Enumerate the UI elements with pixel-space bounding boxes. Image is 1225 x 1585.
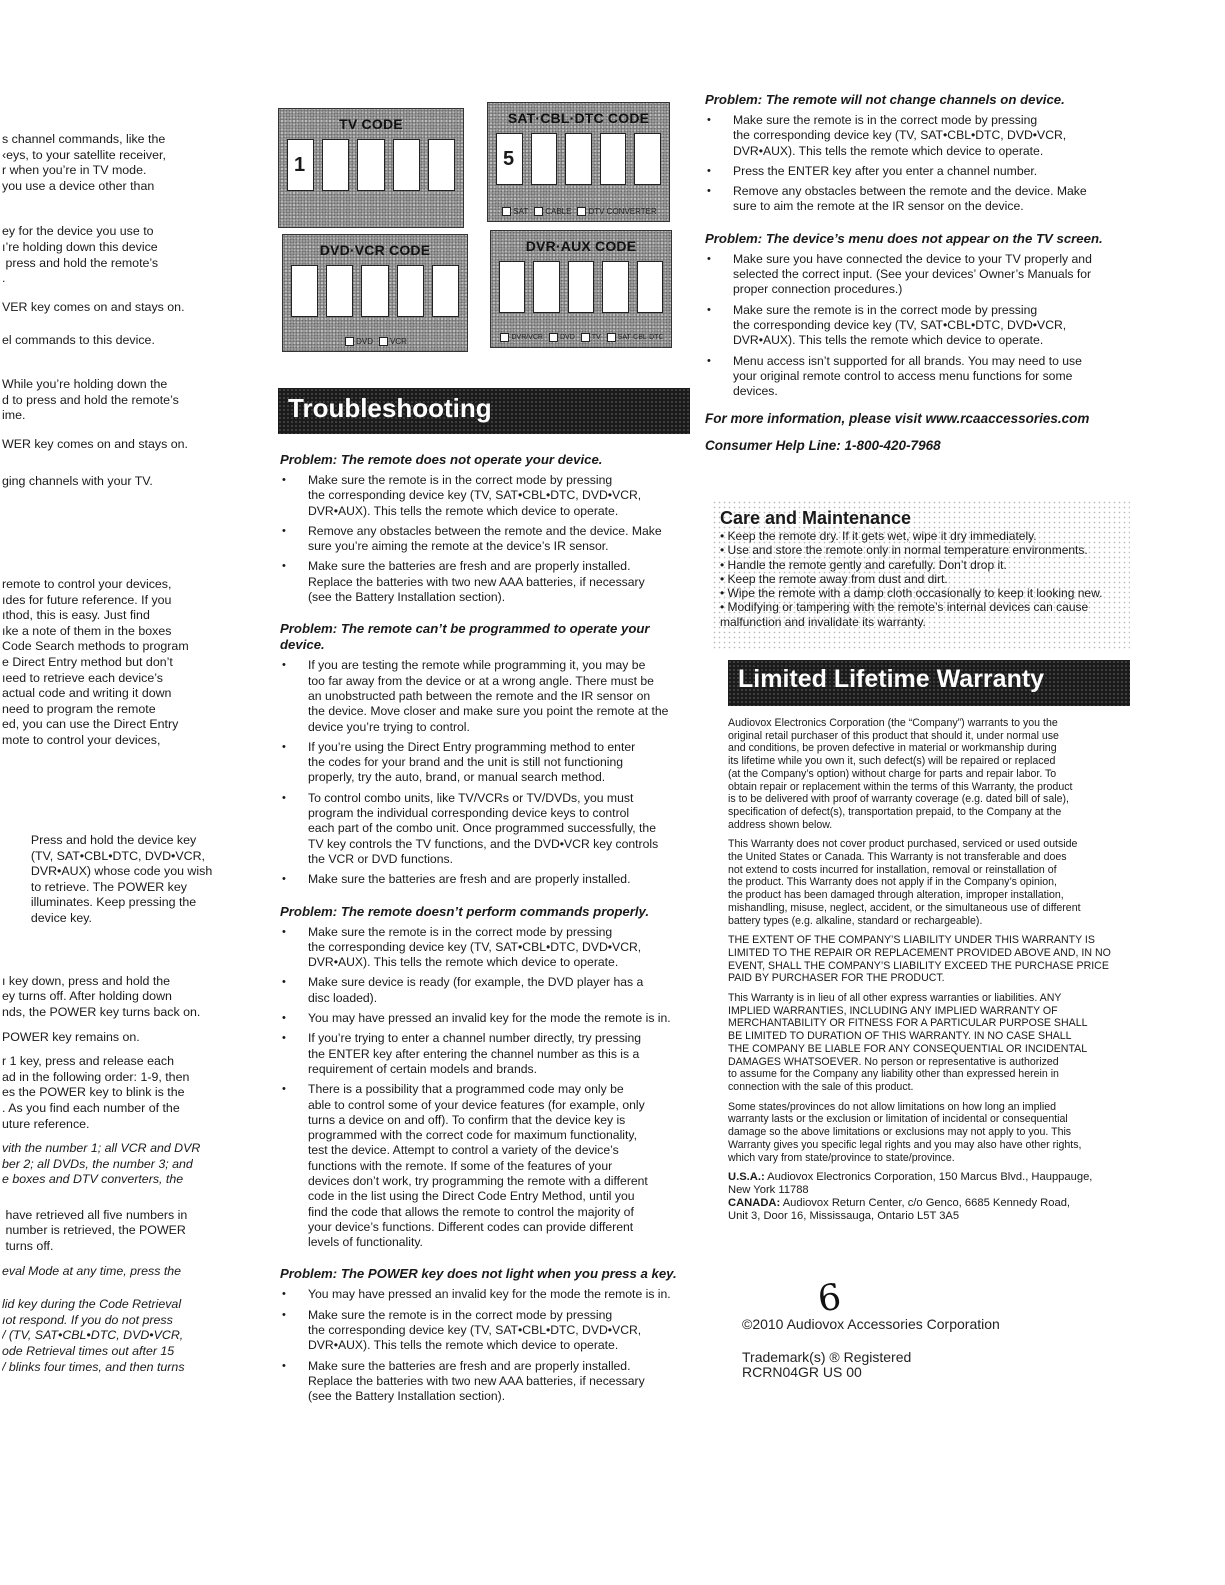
section-heading: Troubleshooting	[288, 393, 492, 424]
checkbox-dtv-converter[interactable]: DTV CONVERTER	[577, 207, 656, 216]
problem-bullet: There is a possibility that a programmed…	[280, 1082, 710, 1250]
problem-bullet: If you are testing the remote while prog…	[280, 658, 710, 734]
right-problems: Problem: The remote will not change chan…	[705, 92, 1125, 454]
usa-address: U.S.A.: Audiovox Electronics Corporation…	[728, 1171, 1128, 1197]
problem-item: Problem: The remote can’t be programmed …	[280, 621, 710, 887]
problem-bullet: Make sure the batteries are fresh and ar…	[280, 1359, 710, 1405]
dvd-vcr-code-box: DVD·VCR CODE DVD VCR	[282, 234, 468, 352]
text-block: VER key comes on and stays on.	[2, 300, 257, 316]
problem-title: Problem: The POWER key does not light wh…	[280, 1266, 710, 1282]
text-block: WER key comes on and stays on.	[2, 437, 257, 453]
care-item: Keep the remote away from dust and dirt.	[720, 572, 1130, 586]
problem-bullet: Make sure the remote is in the correct m…	[280, 473, 710, 519]
checkbox-dvd[interactable]: DVD	[345, 337, 373, 346]
dvr-aux-code-box: DVR·AUX CODE DVR/VCR DVD TV SAT·CBL·DTC	[490, 230, 672, 348]
text-block: el commands to this device.	[2, 333, 257, 349]
problem-title: Problem: The remote does not operate you…	[280, 452, 710, 468]
note-text: eval Mode at any time, press the	[2, 1264, 257, 1280]
code-digit-slot[interactable]	[499, 261, 525, 313]
page-number-mark: 6	[815, 1277, 843, 1321]
code-digit-slot[interactable]	[393, 139, 420, 191]
checkbox-cable[interactable]: CABLE	[534, 207, 571, 216]
problem-bullet: You may have pressed an invalid key for …	[280, 1011, 710, 1026]
text-block: ging channels with your TV.	[2, 474, 257, 490]
text-block: ey for the device you use toı’re holding…	[2, 224, 257, 286]
section-heading: Care and Maintenance	[720, 508, 1130, 529]
checkbox-vcr[interactable]: VCR	[379, 337, 407, 346]
text-block: have retrieved all five numbers in numbe…	[2, 1208, 257, 1255]
problem-bullet: Make sure the batteries are fresh and ar…	[280, 559, 710, 605]
problem-title: Problem: The remote doesn’t perform comm…	[280, 904, 710, 920]
code-digit-slot[interactable]: 1	[287, 139, 314, 191]
text-block: remote to control your devices,ıdes for …	[2, 546, 257, 780]
trademark-text: Trademark(s) ® Registered	[742, 1349, 911, 1365]
checkbox-dvr-vcr[interactable]: DVR/VCR	[500, 333, 543, 342]
canada-address: CANADA: Audiovox Return Center, c/o Genc…	[728, 1197, 1128, 1223]
text-block: POWER key remains on.	[2, 1030, 257, 1046]
troubleshooting-list: Problem: The remote does not operate you…	[280, 452, 710, 1421]
model-code: RCRN04GR US 00	[742, 1364, 862, 1380]
problem-title: Problem: The remote can’t be programmed …	[280, 621, 710, 653]
code-digit-slot[interactable]	[322, 139, 349, 191]
problem-bullet: Remove any obstacles between the remote …	[705, 184, 1125, 215]
warranty-paragraph: This Warranty is in lieu of all other ex…	[728, 992, 1128, 1094]
text-block: While you’re holding down thed to press …	[2, 377, 257, 424]
problem-bullet: You may have pressed an invalid key for …	[280, 1287, 710, 1302]
code-digit-slot[interactable]	[361, 265, 388, 317]
troubleshooting-banner: Troubleshooting	[278, 388, 690, 434]
section-heading: Limited Lifetime Warranty	[738, 665, 1044, 694]
checkbox-dvd[interactable]: DVD	[549, 333, 575, 342]
care-maintenance-section: Care and Maintenance Keep the remote dry…	[712, 500, 1130, 650]
problem-bullet: Make sure device is ready (for example, …	[280, 975, 710, 1006]
problem-bullet: Remove any obstacles between the remote …	[280, 524, 710, 555]
help-line: Consumer Help Line: 1-800-420-7968	[705, 438, 1125, 454]
text-block: ı key down, press and hold theey turns o…	[2, 974, 257, 1021]
code-digit-slot[interactable]	[531, 133, 558, 185]
warranty-paragraph: Audiovox Electronics Corporation (the “C…	[728, 717, 1128, 831]
problem-item: Problem: The remote will not change chan…	[705, 92, 1125, 215]
note-text: lid key during the Code Retrievalıot res…	[2, 1297, 257, 1375]
code-box-title: DVR·AUX CODE	[491, 238, 671, 254]
checkbox-tv[interactable]: TV	[581, 333, 601, 342]
problem-bullet: Menu access isn’t supported for all bran…	[705, 354, 1125, 400]
code-box-title: DVD·VCR CODE	[283, 242, 467, 258]
code-digit-slot[interactable]	[432, 265, 459, 317]
code-digit-slot[interactable]: 5	[496, 133, 523, 185]
problem-title: Problem: The remote will not change chan…	[705, 92, 1125, 108]
care-item: Keep the remote dry. If it gets wet, wip…	[720, 529, 1130, 543]
code-box-title: TV CODE	[279, 116, 463, 132]
code-digit-slot[interactable]	[291, 265, 318, 317]
code-digit-slot[interactable]	[357, 139, 384, 191]
problem-title: Problem: The device’s menu does not appe…	[705, 231, 1125, 247]
more-info-link[interactable]: For more information, please visit www.r…	[705, 411, 1125, 427]
warranty-text: Audiovox Electronics Corporation (the “C…	[728, 717, 1128, 1223]
problem-bullet: Make sure the remote is in the correct m…	[705, 113, 1125, 159]
care-item: Use and store the remote only in normal …	[720, 543, 1130, 557]
code-box-title: SAT·CBL·DTC CODE	[488, 110, 669, 126]
copyright-text: ©2010 Audiovox Accessories Corporation	[742, 1316, 1000, 1332]
code-digit-slot[interactable]	[428, 139, 455, 191]
note-text: vith the number 1; all VCR and DVRber 2;…	[2, 1141, 257, 1188]
problem-bullet: Make sure the batteries are fresh and ar…	[280, 872, 710, 887]
checkbox-sat-cbl-dtc[interactable]: SAT·CBL·DTC	[607, 333, 664, 342]
step-text: Press and hold the device key (TV, SAT•C…	[24, 802, 257, 958]
code-digit-slot[interactable]	[602, 261, 628, 313]
problem-bullet: If you’re trying to enter a channel numb…	[280, 1031, 710, 1077]
care-item: Handle the remote gently and carefully. …	[720, 558, 1130, 572]
tv-code-box: TV CODE 1	[278, 108, 464, 228]
care-item: Wipe the remote with a damp cloth occasi…	[720, 586, 1130, 600]
care-list: Keep the remote dry. If it gets wet, wip…	[720, 529, 1130, 629]
problem-bullet: If you’re using the Direct Entry program…	[280, 740, 710, 786]
problem-bullet: Press the ENTER key after you enter a ch…	[705, 164, 1125, 179]
warranty-paragraph: This Warranty does not cover product pur…	[728, 838, 1128, 927]
problem-bullet: Make sure the remote is in the correct m…	[280, 925, 710, 971]
code-digit-slot[interactable]	[637, 261, 663, 313]
problem-bullet: Make sure you have connected the device …	[705, 252, 1125, 298]
code-digit-slot[interactable]	[568, 261, 594, 313]
code-digit-slot[interactable]	[600, 133, 627, 185]
problem-item: Problem: The remote doesn’t perform comm…	[280, 904, 710, 1251]
code-digit-slot[interactable]	[565, 133, 592, 185]
text-block: r 1 key, press and release eachad in the…	[2, 1054, 257, 1132]
problem-item: Problem: The remote does not operate you…	[280, 452, 710, 605]
checkbox-sat[interactable]: SAT	[502, 207, 528, 216]
code-digit-slot[interactable]	[326, 265, 353, 317]
warranty-banner: Limited Lifetime Warranty	[728, 660, 1130, 706]
sat-cbl-dtc-code-box: SAT·CBL·DTC CODE 5 SAT CABLE DTV CONVERT…	[487, 102, 670, 222]
warranty-paragraph: THE EXTENT OF THE COMPANY’S LIABILITY UN…	[728, 934, 1128, 985]
code-digit-slot[interactable]	[634, 133, 661, 185]
problem-bullet: Make sure the remote is in the correct m…	[280, 1308, 710, 1354]
problem-item: Problem: The POWER key does not light wh…	[280, 1266, 710, 1404]
text-block: s channel commands, like the‹eys, to you…	[2, 132, 257, 194]
warranty-paragraph: Some states/provinces do not allow limit…	[728, 1101, 1128, 1165]
problem-item: Problem: The device’s menu does not appe…	[705, 231, 1125, 400]
code-digit-slot[interactable]	[533, 261, 559, 313]
code-digit-slot[interactable]	[397, 265, 424, 317]
problem-bullet: To control combo units, like TV/VCRs or …	[280, 791, 710, 867]
problem-bullet: Make sure the remote is in the correct m…	[705, 303, 1125, 349]
care-item: Modifying or tampering with the remote’s…	[720, 600, 1130, 629]
left-column-text: s channel commands, like the‹eys, to you…	[2, 132, 257, 1388]
